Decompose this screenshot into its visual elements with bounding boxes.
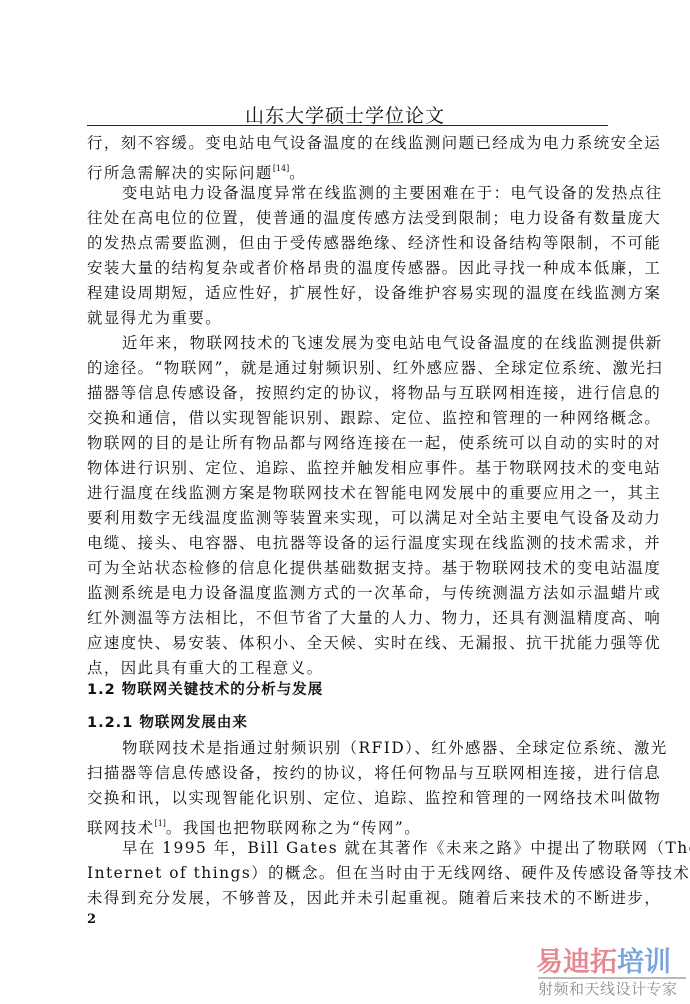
text-line: 就显得尤为重要。 — [87, 306, 602, 331]
watermark-brand: 易迪拓培训 — [536, 948, 688, 977]
watermark-brand-red: 易迪拓 — [536, 947, 617, 978]
text-span: 行所急需解决的实际问题 — [87, 164, 273, 182]
text-line: 要利用数字无线温度监测等装置来实现，可以满足对全站主要电气设备及动力 — [87, 506, 602, 531]
text-line: 物联网的目的是让所有物品都与网络连接在一起，使系统可以自动的实时的对 — [87, 431, 602, 456]
text-line: 物体进行识别、定位、追踪、监控并触发相应事件。基于物联网技术的变电站 — [87, 456, 602, 481]
text-line: 交换和通信，借以实现智能识别、跟踪、定位、监控和管理的一种网络概念。 — [87, 406, 602, 431]
text-span: 联网技术 — [87, 819, 155, 837]
page-number: 2 — [87, 912, 96, 927]
text-line: 监测系统是电力设备温度监测方式的一次革命，与传统测温方法如示温蜡片或 — [87, 581, 602, 606]
text-line: 往处在高电位的位置，使普通的温度传感方法受到限制；电力设备有数量庞大 — [87, 206, 602, 231]
text-span: 。我国也把物联网称之为“传网”。 — [166, 819, 421, 837]
text-line: 物联网技术是指通过射频识别（RFID）、红外感器、全球定位系统、激光 — [122, 736, 602, 761]
text-line: 交换和讯，以实现智能化识别、定位、追踪、监控和管理的一网络技术叫做物 — [87, 786, 602, 811]
header-rule — [87, 125, 608, 126]
text-line: 的发热点需要监测，但由于受传感器绝缘、经济性和设备结构等限制，不可能 — [87, 231, 602, 256]
text-line: 未得到充分发展，不够普及，因此并未引起重视。随着后来技术的不断进步， — [87, 886, 602, 911]
text-line: 近年来，物联网技术的飞速发展为变电站电气设备温度的在线监测提供新 — [122, 331, 602, 356]
text-line: 变电站电力设备温度异常在线监测的主要困难在于：电气设备的发热点往 — [122, 181, 602, 206]
watermark-tagline: 射频和天线设计专家 — [536, 979, 688, 999]
text-line: 应速度快、易安装、体积小、全天候、实时在线、无漏报、抗干扰能力强等优 — [87, 631, 602, 656]
text-span: 。 — [289, 164, 306, 182]
text-line: 的途径。“物联网”，就是通过射频识别、红外感应器、全球定位系统、激光扫 — [87, 356, 602, 381]
text-line: 早在 1995 年，Bill Gates 就在其著作《未来之路》中提出了物联网（… — [122, 836, 602, 861]
text-line: 联网技术[1]。我国也把物联网称之为“传网”。 — [87, 811, 602, 836]
text-line: 可为全站状态检修的信息化提供基础数据支持。基于物联网技术的变电站温度 — [87, 556, 602, 581]
citation: [1] — [155, 819, 166, 828]
subsection-heading: 1.2.1 物联网发展由来 — [87, 711, 248, 736]
text-line: Internet of things）的概念。但在当时由于无线网络、硬件及传感设… — [87, 861, 602, 886]
text-line: 行所急需解决的实际问题[14]。 — [87, 156, 602, 181]
watermark-logo: 易迪拓培训 射频和天线设计专家 — [536, 948, 688, 1002]
running-header-title: 山东大学硕士学位论文 — [0, 101, 690, 128]
watermark-brand-blue: 培训 — [617, 947, 671, 978]
text-line: 电缆、接头、电容器、电抗器等设备的运行温度实现在线监测的技术需求，并 — [87, 531, 602, 556]
citation: [14] — [273, 164, 289, 173]
section-heading: 1.2 物联网关键技术的分析与发展 — [87, 678, 323, 703]
text-line: 红外测温等方法相比，不但节省了大量的人力、物力，还具有测温精度高、响 — [87, 606, 602, 631]
text-line: 进行温度在线监测方案是物联网技术在智能电网发展中的重要应用之一，其主 — [87, 481, 602, 506]
text-line: 安装大量的结构复杂或者价格昂贵的温度传感器。因此寻找一种成本低廉，工 — [87, 256, 602, 281]
text-line: 行，刻不容缓。变电站电气设备温度的在线监测问题已经成为电力系统安全运 — [87, 131, 602, 156]
text-line: 描器等信息传感设备，按照约定的协议，将物品与互联网相连接，进行信息的 — [87, 381, 602, 406]
text-line: 程建设周期短，适应性好，扩展性好，设备维护容易实现的温度在线监测方案 — [87, 281, 602, 306]
text-line: 扫描器等信息传感设备，按约的协议，将任何物品与互联网相连接，进行信息 — [87, 761, 602, 786]
